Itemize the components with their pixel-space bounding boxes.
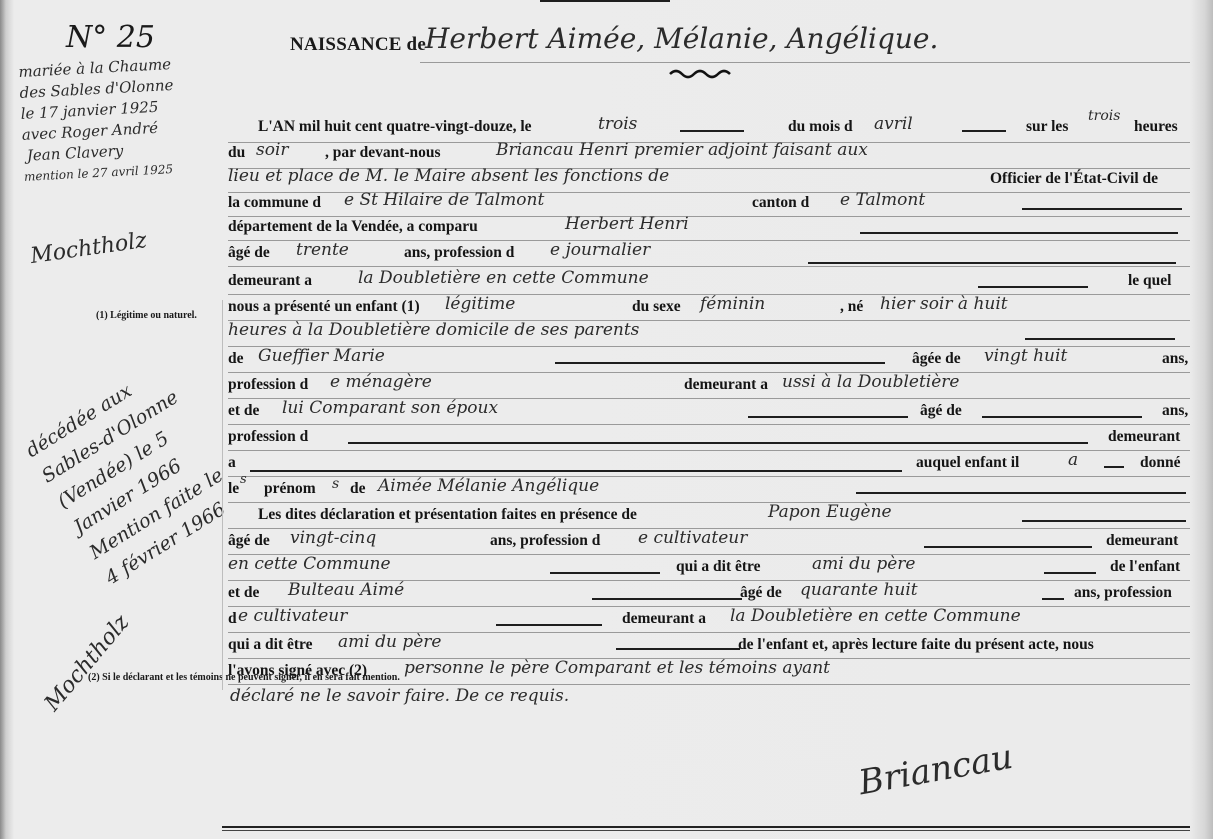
month-value: avril: [874, 114, 913, 134]
plural-mark: s: [240, 472, 247, 487]
l14-p2: auquel enfant il: [916, 454, 1019, 472]
witness-1-residence: en cette Commune: [228, 554, 391, 574]
l12-p1: et de: [228, 402, 259, 420]
witness-2-relation: ami du père: [338, 632, 441, 652]
ruled-line: [228, 216, 1190, 217]
ruled-line: [228, 240, 1190, 241]
l15-p2: prénom: [264, 480, 316, 498]
l17-p3: demeurant: [1106, 532, 1178, 550]
l12-p3: ans,: [1162, 402, 1188, 420]
l5-p1: département de la Vendée, a comparu: [228, 218, 478, 236]
bottom-rule: [222, 826, 1190, 828]
mother-profession: e ménagère: [330, 372, 432, 392]
canton-value: e Talmont: [840, 190, 925, 210]
filler-dash: [348, 442, 1088, 444]
l20-p1: d: [228, 610, 237, 628]
footnote-signature: (2) Si le déclarant et les témoins ne pe…: [88, 672, 216, 683]
ornament-flourish: [668, 68, 738, 80]
ruled-line: [228, 266, 1190, 267]
filler-dash: [1104, 466, 1124, 468]
l4-p1: la commune d: [228, 194, 321, 212]
civil-register-page: N° 25 mariée à la Chaume des Sables d'Ol…: [0, 0, 1213, 839]
filler-dash: [978, 286, 1088, 288]
l18-p1: qui a dit être: [676, 558, 761, 576]
death-note: décédée aux Sables-d'Olonne (Vendée) le …: [20, 357, 248, 592]
l14-p3: donné: [1140, 454, 1181, 472]
l18-p2: de l'enfant: [1110, 558, 1180, 576]
l3-h1: lieu et place de M. le Maire absent les …: [228, 166, 669, 186]
filler-dash: [808, 262, 1176, 264]
witness-1-age: vingt-cinq: [290, 528, 376, 548]
l19-p1: et de: [228, 584, 259, 602]
l13-p2: demeurant: [1108, 428, 1180, 446]
time-of-day-value: soir: [256, 140, 289, 160]
l1-p2: du mois d: [788, 118, 853, 136]
declarant-age: trente: [296, 240, 349, 260]
closing-statement: déclaré ne le savoir faire. De ce requis…: [230, 686, 569, 706]
witness-2-profession: e cultivateur: [238, 606, 347, 626]
given-names-value: Aimée Mélanie Angélique: [378, 476, 599, 496]
filler-dash: [860, 232, 1178, 234]
filler-dash: [616, 648, 740, 650]
declarant-name: Herbert Henri: [565, 214, 689, 234]
l7-p1: demeurant a: [228, 272, 312, 290]
footnote-legitime: (1) Légitime ou naturel.: [96, 310, 216, 321]
l16-p1: Les dites déclaration et présentation fa…: [258, 506, 637, 524]
filler-dash: [496, 624, 602, 626]
l21-p1: qui a dit être: [228, 636, 313, 654]
mother-residence: ussi à la Doubletière: [782, 372, 959, 392]
l19-p2: âgé de: [740, 584, 782, 602]
filler-dash: [680, 130, 744, 132]
ruled-line: [228, 476, 1190, 477]
declarant-profession: e journalier: [550, 240, 650, 260]
mother-age: vingt huit: [984, 346, 1067, 366]
l4-p2: canton d: [752, 194, 809, 212]
margin-divider: [222, 300, 223, 690]
father-reference: lui Comparant son époux: [282, 398, 498, 418]
act-number: N° 25: [66, 20, 155, 55]
birth-time-value: hier soir à huit: [880, 294, 1008, 314]
filler-dash: [1025, 338, 1175, 340]
filler-dash: [250, 470, 902, 472]
l10-p1: de: [228, 350, 244, 368]
l13-p1: profession d: [228, 428, 308, 446]
l17-p2: ans, profession d: [490, 532, 600, 550]
bottom-rule: [222, 830, 1190, 831]
filler-dash: [1022, 208, 1182, 210]
ruled-line: [228, 684, 1190, 685]
l6-p1: âgé de: [228, 244, 270, 262]
filler-dash: [1044, 572, 1096, 574]
l8-p2: du sexe: [632, 298, 681, 316]
filler-dash: [748, 416, 908, 418]
l6-p2: ans, profession d: [404, 244, 514, 262]
l15-p3: de: [350, 480, 366, 498]
filler-dash: [550, 572, 660, 574]
child-full-name: Herbert Aimée, Mélanie, Angélique.: [425, 22, 938, 55]
filler-dash: [1042, 598, 1064, 600]
witness-1-profession: e cultivateur: [638, 528, 747, 548]
witness-1-relation: ami du père: [812, 554, 915, 574]
ruled-line: [228, 450, 1190, 451]
witness-2-residence: la Doubletière en cette Commune: [730, 606, 1021, 626]
mother-name: Gueffier Marie: [258, 346, 385, 366]
l20-p2: demeurant a: [622, 610, 706, 628]
l8-p1: nous a présenté un enfant (1): [228, 298, 420, 316]
plural-mark: s: [332, 476, 339, 492]
l17-p1: âgé de: [228, 532, 270, 550]
l1-p3: sur les: [1026, 118, 1068, 136]
l3-p1: Officier de l'État-Civil de: [990, 170, 1158, 188]
filler-dash: [962, 130, 1006, 132]
commune-value: e St Hilaire de Talmont: [344, 190, 544, 210]
officer-signature: Briancau: [856, 737, 1016, 803]
given-verb-value: a: [1068, 450, 1078, 470]
l19-p3: ans, profession: [1074, 584, 1172, 602]
officer-name: Briancau Henri premier adjoint faisant a…: [496, 140, 868, 160]
l10-p3: ans,: [1162, 350, 1188, 368]
filler-dash: [856, 492, 1186, 494]
hour-value: trois: [1088, 108, 1120, 124]
l2-p2: , par devant-nous: [325, 144, 441, 162]
l14-p1: a: [228, 454, 236, 472]
l11-p1: profession d: [228, 376, 308, 394]
witness-2-age: quarante huit: [800, 580, 918, 600]
filler-dash: [592, 598, 742, 600]
l1-p4: heures: [1134, 118, 1178, 136]
filler-dash: [982, 416, 1142, 418]
filler-dash: [924, 546, 1092, 548]
margin-signature-1: Mochtholz: [29, 228, 148, 269]
signature-statement: personne le père Comparant et les témoin…: [404, 658, 830, 678]
birth-place-value: heures à la Doubletière domicile de ses …: [228, 320, 639, 340]
l8-p3: , né: [840, 298, 863, 316]
l10-p2: âgée de: [912, 350, 961, 368]
l7-p2: le quel: [1128, 272, 1172, 290]
marriage-note: mariée à la Chaume des Sables d'Olonne l…: [18, 54, 178, 188]
sex-value: féminin: [700, 294, 765, 314]
l11-p2: demeurant a: [684, 376, 768, 394]
ruled-line: [228, 424, 1190, 425]
record-type-label: NAISSANCE de: [290, 34, 426, 56]
filler-dash: [540, 0, 670, 2]
filler-dash: [555, 362, 885, 364]
ruled-line: [228, 502, 1190, 503]
legitimacy-value: légitime: [445, 294, 515, 314]
day-value: trois: [598, 114, 637, 134]
witness-2-name: Bulteau Aimé: [288, 580, 404, 600]
l21-p2: de l'enfant et, après lecture faite du p…: [738, 636, 1094, 654]
ruled-line: [228, 606, 1190, 607]
declarant-residence: la Doubletière en cette Commune: [358, 268, 649, 288]
filler-dash: [1022, 520, 1186, 522]
l12-p2: âgé de: [920, 402, 962, 420]
witness-1-name: Papon Eugène: [768, 502, 892, 522]
l1-p1: L'AN mil huit cent quatre-vingt-douze, l…: [258, 118, 532, 136]
l2-p1: du: [228, 144, 245, 162]
margin-signature-2: Mochtholz: [40, 610, 134, 716]
title-rule: [420, 62, 1190, 63]
l15-p1: le: [228, 480, 239, 498]
l22-p1: l'avons signé avec (2): [228, 662, 367, 680]
